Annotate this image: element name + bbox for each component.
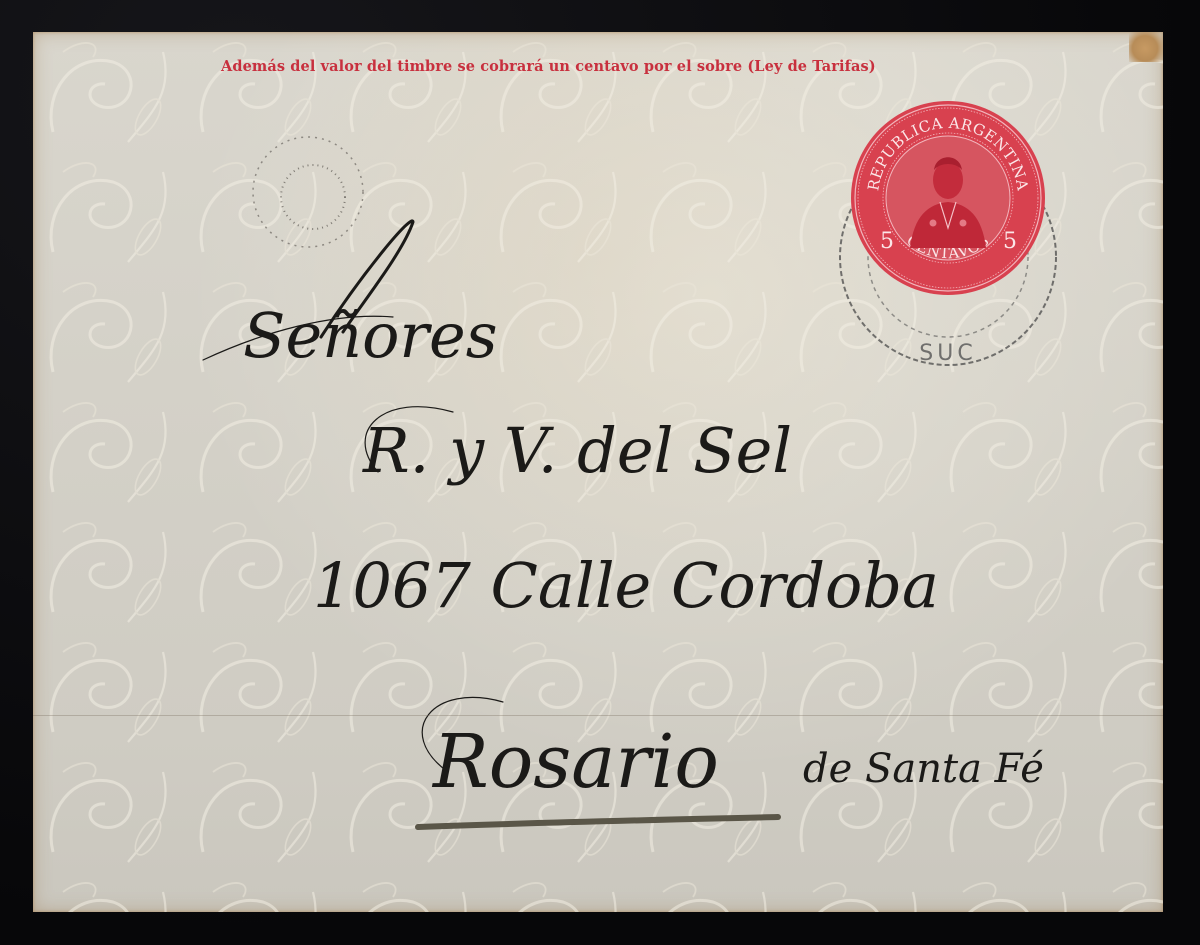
address-name: R. y V. del Sel (362, 414, 792, 487)
handwritten-address: Señores R. y V. del Sel 1067 Calle Cordo… (33, 32, 1163, 912)
address-street: 1067 Calle Cordoba (313, 549, 939, 622)
address-city: Rosario (431, 719, 719, 805)
address-salutation: Señores (243, 299, 498, 372)
address-province: de Santa Fé (803, 746, 1044, 792)
envelope: Además del valor del timbre se cobrará u… (33, 32, 1163, 912)
